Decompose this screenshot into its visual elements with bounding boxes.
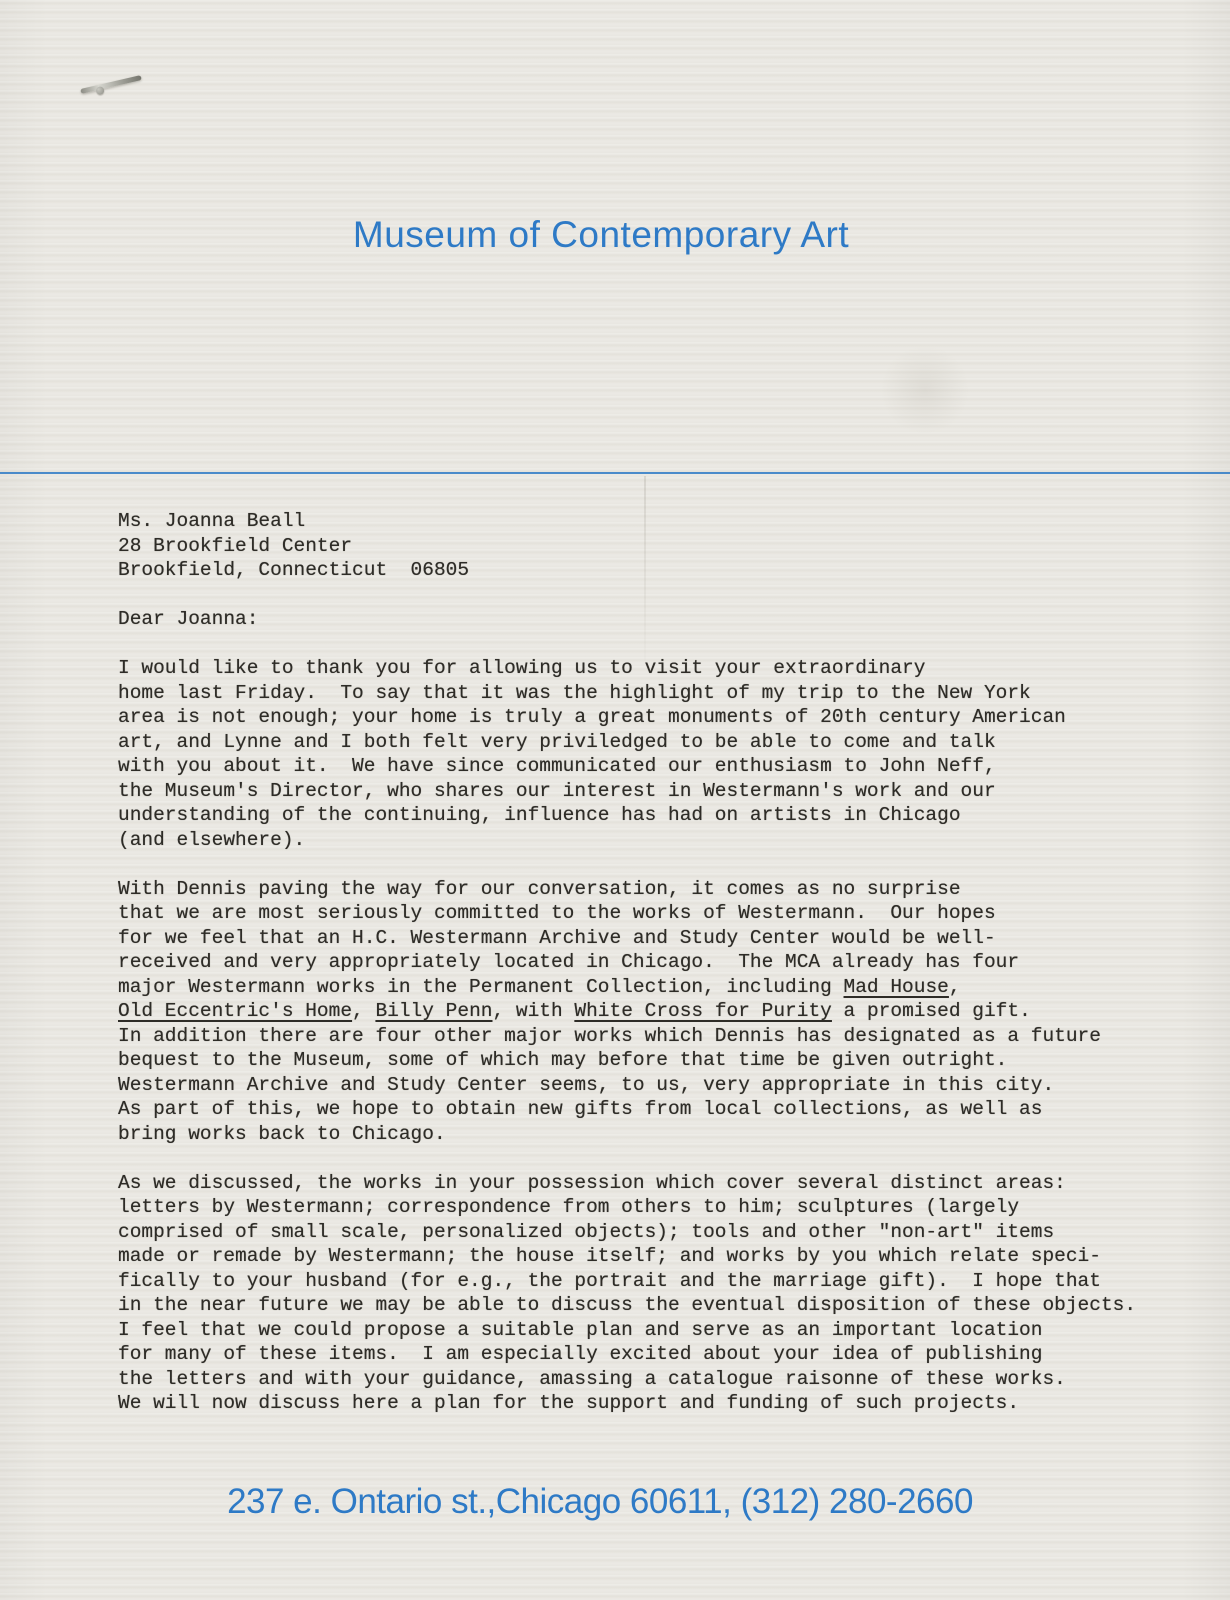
text-segment: the Museum's Director, who shares our in… bbox=[118, 780, 996, 802]
typed-line: art, and Lynne and I both felt very priv… bbox=[118, 730, 1136, 755]
typed-line: made or remade by Westermann; the house … bbox=[118, 1244, 1136, 1269]
text-segment: for many of these items. I am especially… bbox=[118, 1343, 1042, 1365]
typed-line: home last Friday. To say that it was the… bbox=[118, 681, 1136, 706]
text-segment: bring works back to Chicago. bbox=[118, 1123, 446, 1145]
typed-line: Westermann Archive and Study Center seem… bbox=[118, 1073, 1136, 1098]
typed-line: that we are most seriously committed to … bbox=[118, 901, 1136, 926]
text-segment: We will now discuss here a plan for the … bbox=[118, 1392, 1019, 1414]
typed-line: (and elsewhere). bbox=[118, 828, 1136, 853]
text-segment: the letters and with your guidance, amas… bbox=[118, 1368, 1066, 1390]
text-segment: bequest to the Museum, some of which may… bbox=[118, 1049, 1007, 1071]
staple bbox=[80, 75, 142, 94]
letter-body: Ms. Joanna Beall28 Brookfield CenterBroo… bbox=[118, 509, 1136, 1416]
typed-line: Ms. Joanna Beall bbox=[118, 509, 1136, 534]
text-segment: (and elsewhere). bbox=[118, 829, 305, 851]
typed-line: With Dennis paving the way for our conve… bbox=[118, 877, 1136, 902]
recipient-address: Ms. Joanna Beall28 Brookfield CenterBroo… bbox=[118, 509, 1136, 583]
paper-wrinkle bbox=[868, 333, 981, 446]
text-segment: understanding of the continuing, influen… bbox=[118, 804, 961, 826]
text-segment: , bbox=[949, 976, 961, 998]
typed-line: In addition there are four other major w… bbox=[118, 1024, 1136, 1049]
underlined-artwork-title: Mad House bbox=[844, 976, 949, 998]
text-segment: a promised gift. bbox=[832, 1000, 1031, 1022]
typed-line: 28 Brookfield Center bbox=[118, 534, 1136, 559]
typed-line: Brookfield, Connecticut 06805 bbox=[118, 558, 1136, 583]
text-segment: in the near future we may be able to dis… bbox=[118, 1294, 1136, 1316]
text-segment: , bbox=[352, 1000, 375, 1022]
text-segment: , with bbox=[492, 1000, 574, 1022]
underlined-artwork-title: White Cross for Purity bbox=[574, 1000, 831, 1022]
text-segment: for we feel that an H.C. Westermann Arch… bbox=[118, 927, 996, 949]
typed-line: received and very appropriately located … bbox=[118, 950, 1136, 975]
text-segment: 28 Brookfield Center bbox=[118, 535, 352, 557]
paragraph-2: With Dennis paving the way for our conve… bbox=[118, 877, 1136, 1147]
text-segment: that we are most seriously committed to … bbox=[118, 902, 996, 924]
typed-line: We will now discuss here a plan for the … bbox=[118, 1391, 1136, 1416]
text-segment: letters by Westermann; correspondence fr… bbox=[118, 1196, 1019, 1218]
text-segment: Dear Joanna: bbox=[118, 608, 258, 630]
text-segment: As part of this, we hope to obtain new g… bbox=[118, 1098, 1042, 1120]
text-segment: Westermann Archive and Study Center seem… bbox=[118, 1074, 1054, 1096]
typed-line: I feel that we could propose a suitable … bbox=[118, 1318, 1136, 1343]
typed-line: the letters and with your guidance, amas… bbox=[118, 1367, 1136, 1392]
text-segment: Brookfield, Connecticut 06805 bbox=[118, 559, 469, 581]
typed-line: major Westermann works in the Permanent … bbox=[118, 975, 1136, 1000]
typed-line: understanding of the continuing, influen… bbox=[118, 803, 1136, 828]
letterhead-address-footer: 237 e. Ontario st.,Chicago 60611, (312) … bbox=[0, 1482, 1200, 1522]
text-segment: fically to your husband (for e.g., the p… bbox=[118, 1270, 1101, 1292]
text-segment: art, and Lynne and I both felt very priv… bbox=[118, 731, 996, 753]
typed-line: As part of this, we hope to obtain new g… bbox=[118, 1097, 1136, 1122]
text-segment: comprised of small scale, personalized o… bbox=[118, 1221, 1054, 1243]
text-segment: Ms. Joanna Beall bbox=[118, 510, 305, 532]
underlined-artwork-title: Old Eccentric's Home bbox=[118, 1000, 352, 1022]
paragraph-1: I would like to thank you for allowing u… bbox=[118, 656, 1136, 852]
letterhead-title: Museum of Contemporary Art bbox=[0, 214, 1202, 256]
scanned-letter-page: { "colors": { "accent": "#2e7ac6", "ink"… bbox=[0, 0, 1230, 1600]
typed-line: bring works back to Chicago. bbox=[118, 1122, 1136, 1147]
letterhead-divider-rule bbox=[0, 472, 1230, 474]
typed-line: fically to your husband (for e.g., the p… bbox=[118, 1269, 1136, 1294]
text-segment: home last Friday. To say that it was the… bbox=[118, 682, 1031, 704]
typed-line: comprised of small scale, personalized o… bbox=[118, 1220, 1136, 1245]
typed-line: Dear Joanna: bbox=[118, 607, 1136, 632]
typed-line: for we feel that an H.C. Westermann Arch… bbox=[118, 926, 1136, 951]
paragraph-3: As we discussed, the works in your posse… bbox=[118, 1171, 1136, 1416]
text-segment: major Westermann works in the Permanent … bbox=[118, 976, 844, 998]
text-segment: With Dennis paving the way for our conve… bbox=[118, 878, 961, 900]
text-segment: I would like to thank you for allowing u… bbox=[118, 657, 925, 679]
text-segment: In addition there are four other major w… bbox=[118, 1025, 1101, 1047]
text-segment: I feel that we could propose a suitable … bbox=[118, 1319, 1042, 1341]
typed-line: the Museum's Director, who shares our in… bbox=[118, 779, 1136, 804]
text-segment: made or remade by Westermann; the house … bbox=[118, 1245, 1101, 1267]
typed-line: I would like to thank you for allowing u… bbox=[118, 656, 1136, 681]
text-segment: received and very appropriately located … bbox=[118, 951, 1019, 973]
typed-line: bequest to the Museum, some of which may… bbox=[118, 1048, 1136, 1073]
underlined-artwork-title: Billy Penn bbox=[375, 1000, 492, 1022]
salutation: Dear Joanna: bbox=[118, 607, 1136, 632]
typed-line: As we discussed, the works in your posse… bbox=[118, 1171, 1136, 1196]
text-segment: with you about it. We have since communi… bbox=[118, 755, 996, 777]
typed-line: with you about it. We have since communi… bbox=[118, 754, 1136, 779]
text-segment: As we discussed, the works in your posse… bbox=[118, 1172, 1066, 1194]
typed-line: for many of these items. I am especially… bbox=[118, 1342, 1136, 1367]
typed-line: letters by Westermann; correspondence fr… bbox=[118, 1195, 1136, 1220]
typed-line: Old Eccentric's Home, Billy Penn, with W… bbox=[118, 999, 1136, 1024]
text-segment: area is not enough; your home is truly a… bbox=[118, 706, 1066, 728]
typed-line: in the near future we may be able to dis… bbox=[118, 1293, 1136, 1318]
typed-line: area is not enough; your home is truly a… bbox=[118, 705, 1136, 730]
